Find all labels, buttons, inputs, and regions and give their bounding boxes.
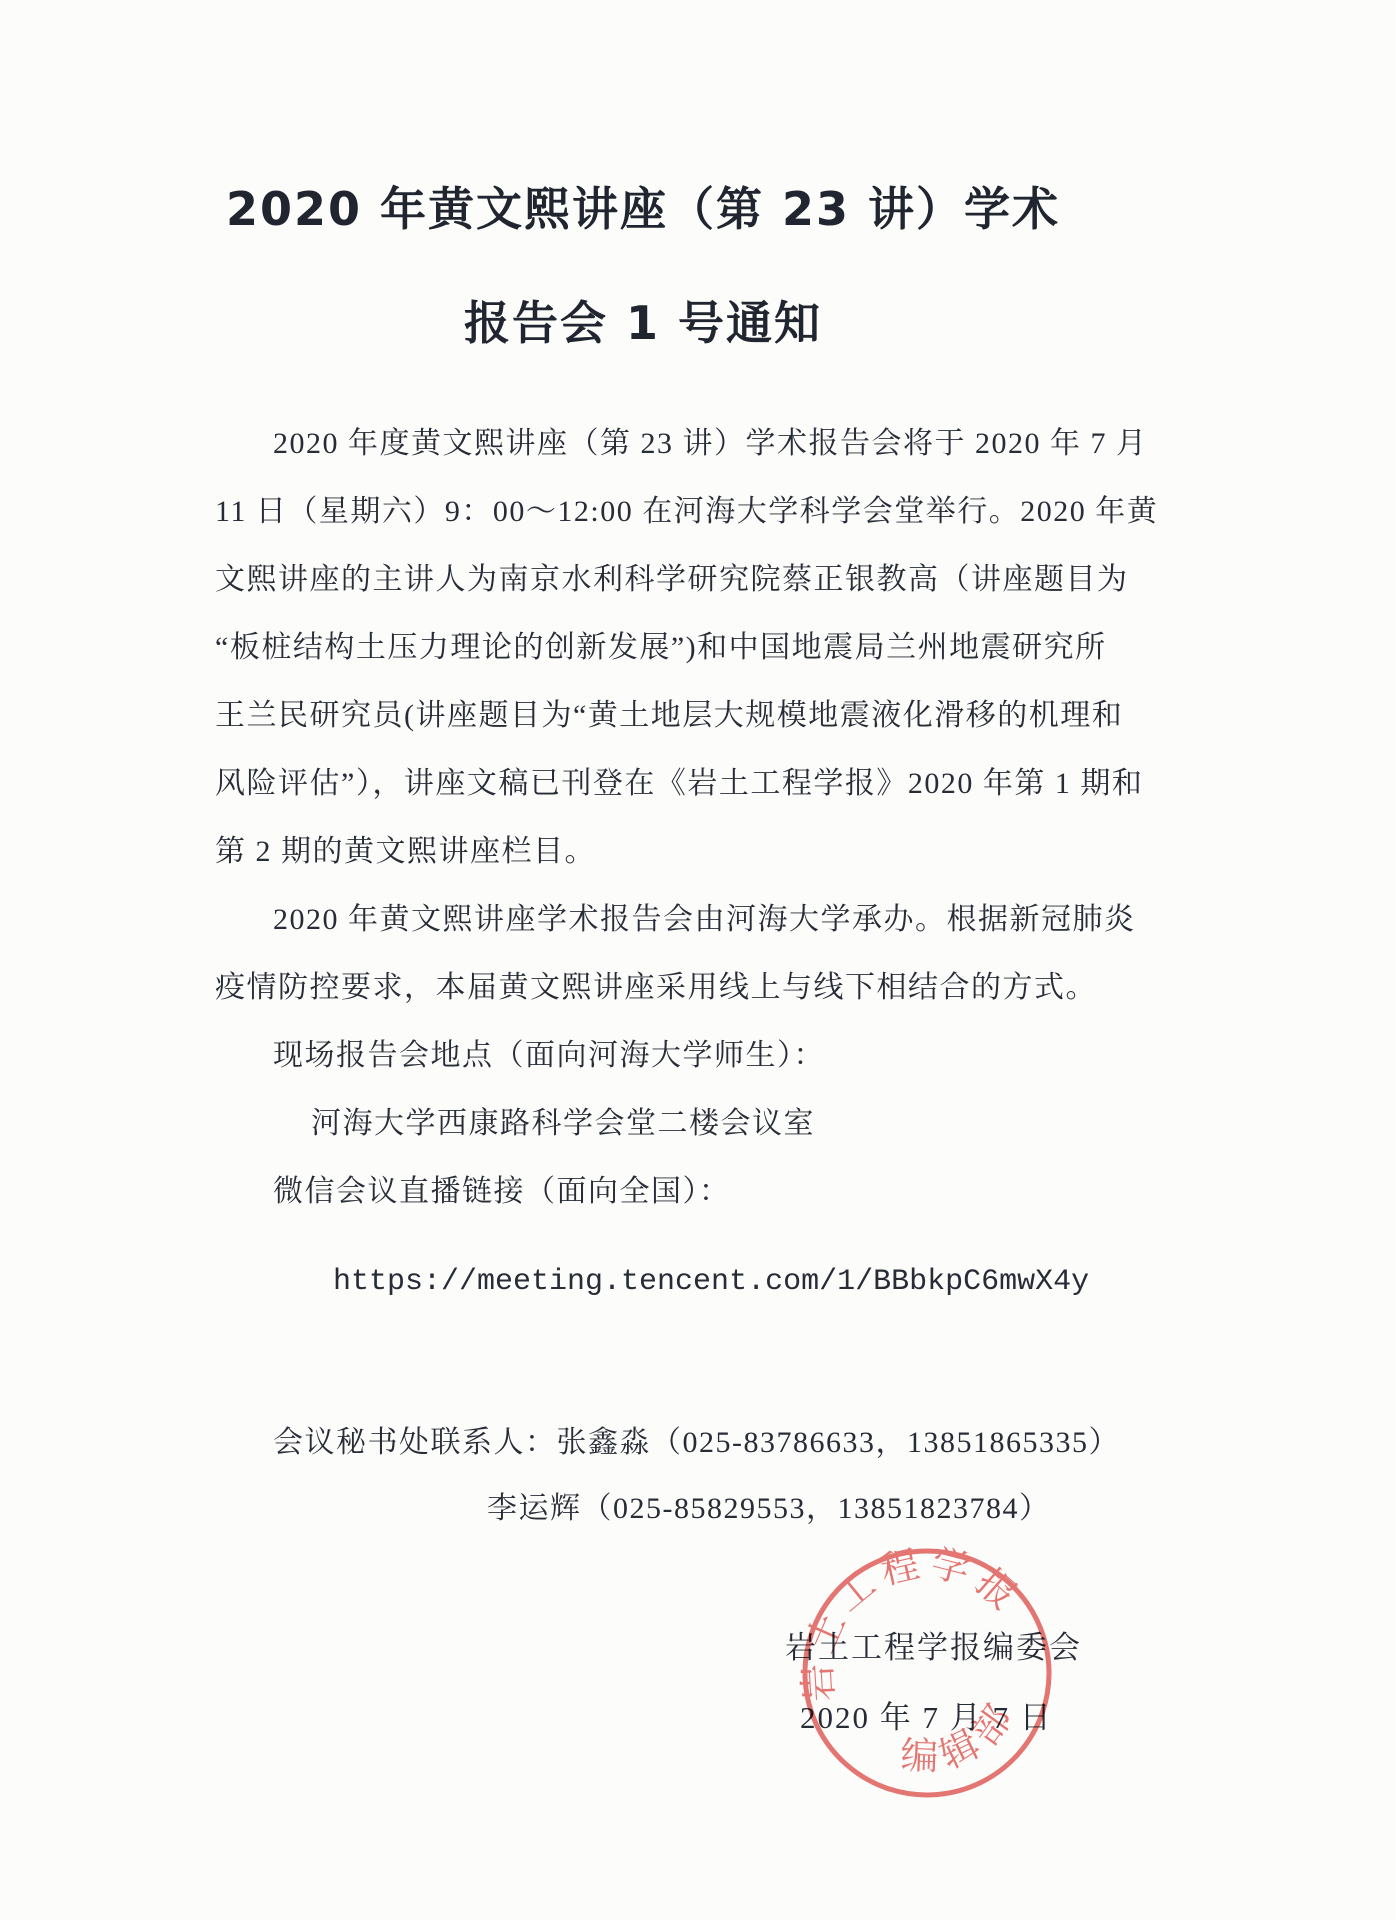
notice-body: 2020 年度黄文熙讲座（第 23 讲）学术报告会将于 2020 年 7 月 1… [0,410,1396,1542]
signature-organization: 岩土工程学报编委会 [785,1622,1082,1667]
body-line: 2020 年黄文熙讲座学术报告会由河海大学承办。根据新冠肺炎 [215,886,1226,954]
body-line: 第 2 期的黄文熙讲座栏目。 [215,818,1226,886]
official-seal: 岩土工程学报 编辑部 [796,1542,1058,1804]
stream-link-label: 微信会议直播链接（面向全国）： [215,1158,1226,1226]
signature-date: 2020 年 7 月 7 日 [800,1692,1053,1737]
body-line: 疫情防控要求，本届黄文熙讲座采用线上与线下相结合的方式。 [215,954,1226,1022]
body-line: 风险评估”），讲座文稿已刊登在《岩土工程学报》2020 年第 1 期和 [215,750,1226,818]
onsite-venue-location: 河海大学西康路科学会堂二楼会议室 [215,1090,1226,1158]
stream-url: https://meeting.tencent.com/1/BBbkpC6mwX… [215,1250,1226,1314]
notice-title: 2020 年黄文熙讲座（第 23 讲）学术 报告会 1 号通知 [0,0,1396,356]
body-line: “板桩结构土压力理论的创新发展”)和中国地震局兰州地震研究所 [215,614,1226,682]
onsite-venue-label: 现场报告会地点（面向河海大学师生）： [215,1022,1226,1090]
body-line: 文熙讲座的主讲人为南京水利科学研究院蔡正银教高（讲座题目为 [215,546,1226,614]
body-line: 王兰民研究员(讲座题目为“黄土地层大规模地震液化滑移的机理和 [215,682,1226,750]
contact-line-1: 会议秘书处联系人：张鑫淼（025-83786633，13851865335） [215,1410,1226,1476]
contact-line-2: 李运辉（025-85829553，13851823784） [215,1476,1226,1542]
title-line-2: 报告会 1 号通知 [0,290,1286,356]
contacts-block: 会议秘书处联系人：张鑫淼（025-83786633，13851865335） 李… [215,1410,1226,1542]
body-line: 11 日（星期六）9：00～12:00 在河海大学科学会堂举行。2020 年黄 [215,478,1226,546]
seal-ring [796,1542,1058,1804]
scanned-notice-page: 2020 年黄文熙讲座（第 23 讲）学术 报告会 1 号通知 2020 年度黄… [0,0,1396,1920]
title-line-1: 2020 年黄文熙讲座（第 23 讲）学术 [0,176,1286,242]
body-line: 2020 年度黄文熙讲座（第 23 讲）学术报告会将于 2020 年 7 月 [215,410,1226,478]
